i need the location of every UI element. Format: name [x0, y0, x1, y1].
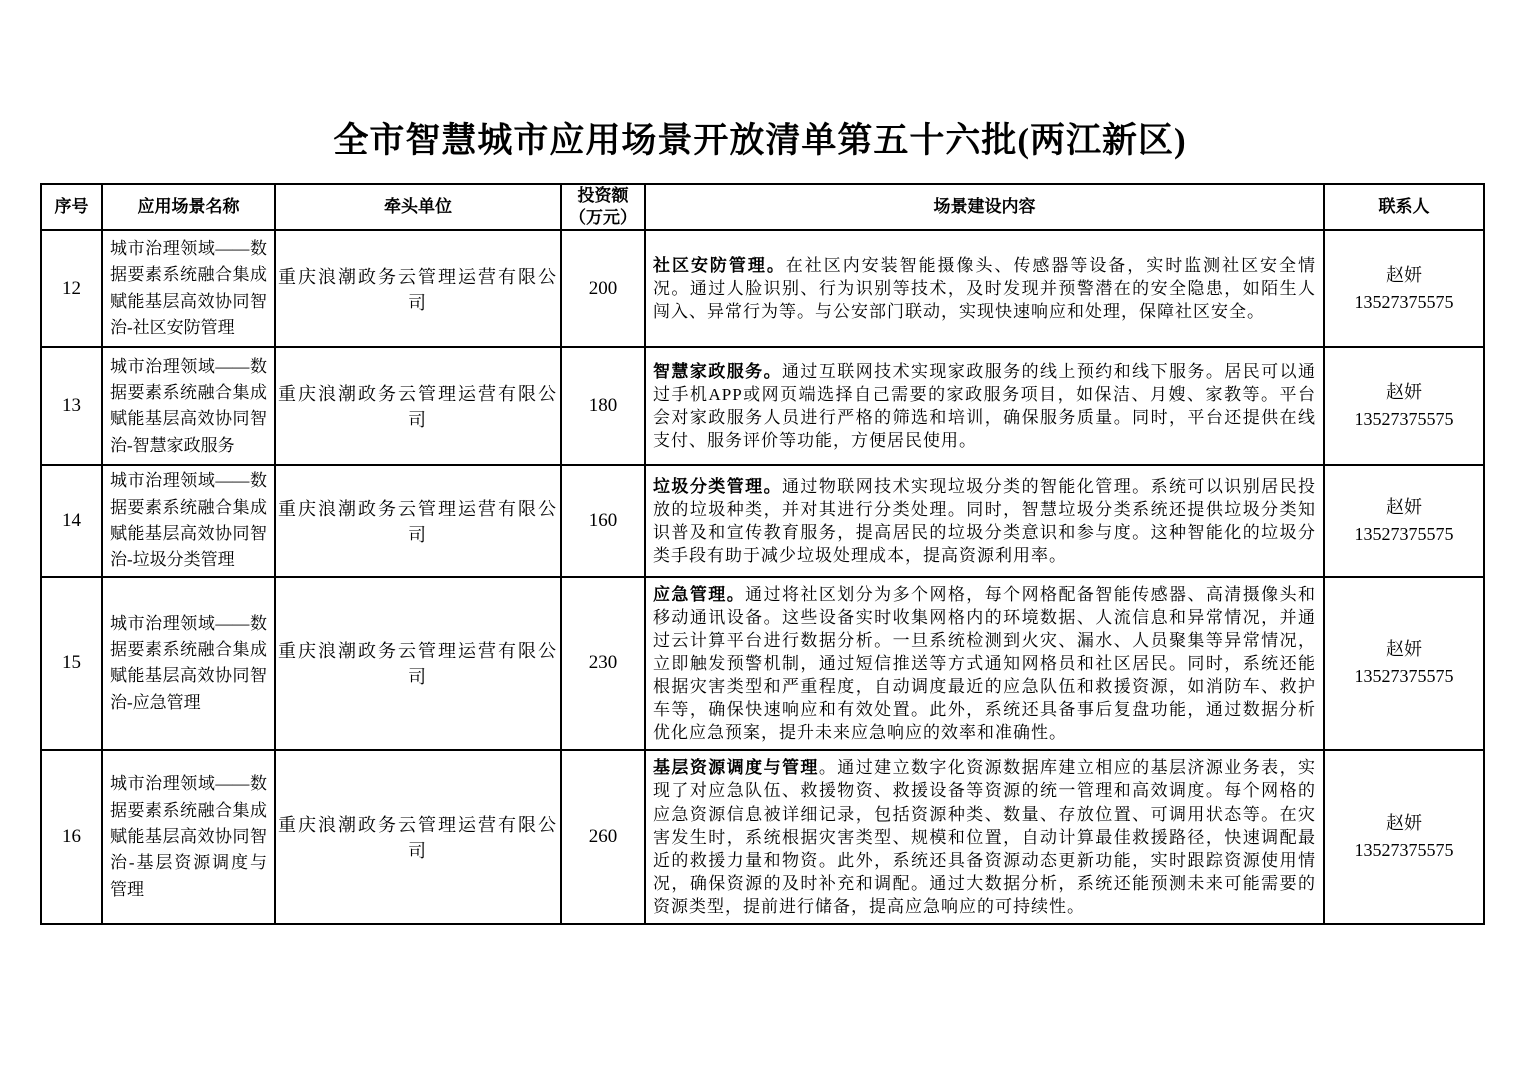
scenario-name: 城市治理领域——数据要素系统融合集成 赋能基层高效协同智治-社区安防管理	[102, 230, 275, 347]
scenario-name: 城市治理领域——数据要素系统融合集成 赋能基层高效协同智治-智慧家政服务	[102, 347, 275, 465]
content-lead: 社区安防管理。	[653, 256, 786, 275]
lead-unit: 重庆浪潮政务云管理运营有限公司	[275, 750, 561, 924]
contact-phone: 13527375575	[1325, 289, 1483, 316]
investment-amount: 160	[561, 465, 645, 576]
header-lead-unit: 牵头单位	[275, 184, 561, 230]
content-lead: 基层资源调度与管理	[653, 758, 819, 777]
table-row: 14 城市治理领域——数据要素系统融合集成 赋能基层高效协同智治-垃圾分类管理 …	[41, 465, 1484, 576]
contact-name: 赵妍	[1325, 494, 1483, 521]
header-content: 场景建设内容	[645, 184, 1324, 230]
header-index: 序号	[41, 184, 102, 230]
lead-unit: 重庆浪潮政务云管理运营有限公司	[275, 465, 561, 576]
contact-name: 赵妍	[1325, 379, 1483, 406]
content-body: 。通过建立数字化资源数据库建立相应的基层济源业务表，实现了对应急队伍、救援物资、…	[653, 758, 1316, 916]
contact-cell: 赵妍13527375575	[1324, 577, 1484, 751]
contact-name: 赵妍	[1325, 810, 1483, 837]
row-index: 16	[41, 750, 102, 924]
contact-cell: 赵妍13527375575	[1324, 230, 1484, 347]
contact-phone: 13527375575	[1325, 521, 1483, 548]
table-header-row: 序号 应用场景名称 牵头单位 投资额（万元） 场景建设内容 联系人	[41, 184, 1484, 230]
page-title: 全市智慧城市应用场景开放清单第五十六批(两江新区)	[0, 113, 1520, 163]
scenario-content: 垃圾分类管理。通过物联网技术实现垃圾分类的智能化管理。系统可以识别居民投放的垃圾…	[645, 465, 1324, 576]
lead-unit: 重庆浪潮政务云管理运营有限公司	[275, 230, 561, 347]
document-page: 全市智慧城市应用场景开放清单第五十六批(两江新区) 序号 应用场景名称 牵头单位…	[0, 0, 1520, 1074]
table-row: 15 城市治理领域——数据要素系统融合集成 赋能基层高效协同智治-应急管理 重庆…	[41, 577, 1484, 751]
scenario-name: 城市治理领域——数据要素系统融合集成 赋能基层高效协同智治-垃圾分类管理	[102, 465, 275, 576]
scenario-table: 序号 应用场景名称 牵头单位 投资额（万元） 场景建设内容 联系人 12 城市治…	[40, 183, 1485, 925]
table-row: 13 城市治理领域——数据要素系统融合集成 赋能基层高效协同智治-智慧家政服务 …	[41, 347, 1484, 465]
contact-name: 赵妍	[1325, 636, 1483, 663]
header-investment-line1: 投资额	[562, 185, 644, 207]
content-lead: 智慧家政服务。	[653, 362, 782, 381]
lead-unit: 重庆浪潮政务云管理运营有限公司	[275, 577, 561, 751]
contact-cell: 赵妍13527375575	[1324, 347, 1484, 465]
header-contact: 联系人	[1324, 184, 1484, 230]
contact-cell: 赵妍13527375575	[1324, 750, 1484, 924]
scenario-content: 社区安防管理。在社区内安装智能摄像头、传感器等设备，实时监测社区安全情况。通过人…	[645, 230, 1324, 347]
scenario-name: 城市治理领域——数据要素系统融合集成 赋能基层高效协同智治-应急管理	[102, 577, 275, 751]
header-investment: 投资额（万元）	[561, 184, 645, 230]
investment-amount: 200	[561, 230, 645, 347]
content-lead: 应急管理。	[653, 585, 745, 604]
content-lead: 垃圾分类管理。	[653, 477, 782, 496]
content-body: 通过将社区划分为多个网格，每个网格配备智能传感器、高清摄像头和移动通讯设备。这些…	[653, 585, 1316, 743]
investment-amount: 260	[561, 750, 645, 924]
row-index: 12	[41, 230, 102, 347]
investment-amount: 180	[561, 347, 645, 465]
contact-phone: 13527375575	[1325, 663, 1483, 690]
scenario-content: 基层资源调度与管理。通过建立数字化资源数据库建立相应的基层济源业务表，实现了对应…	[645, 750, 1324, 924]
contact-phone: 13527375575	[1325, 837, 1483, 864]
row-index: 15	[41, 577, 102, 751]
investment-amount: 230	[561, 577, 645, 751]
row-index: 13	[41, 347, 102, 465]
contact-cell: 赵妍13527375575	[1324, 465, 1484, 576]
lead-unit: 重庆浪潮政务云管理运营有限公司	[275, 347, 561, 465]
table-row: 12 城市治理领域——数据要素系统融合集成 赋能基层高效协同智治-社区安防管理 …	[41, 230, 1484, 347]
contact-name: 赵妍	[1325, 262, 1483, 289]
row-index: 14	[41, 465, 102, 576]
table-row: 16 城市治理领域——数据要素系统融合集成 赋能基层高效协同智治-基层资源调度与…	[41, 750, 1484, 924]
header-scenario: 应用场景名称	[102, 184, 275, 230]
scenario-name: 城市治理领域——数据要素系统融合集成 赋能基层高效协同智治-基层资源调度与管理	[102, 750, 275, 924]
header-investment-line2: （万元）	[562, 207, 644, 229]
scenario-content: 智慧家政服务。通过互联网技术实现家政服务的线上预约和线下服务。居民可以通过手机A…	[645, 347, 1324, 465]
scenario-content: 应急管理。通过将社区划分为多个网格，每个网格配备智能传感器、高清摄像头和移动通讯…	[645, 577, 1324, 751]
contact-phone: 13527375575	[1325, 406, 1483, 433]
